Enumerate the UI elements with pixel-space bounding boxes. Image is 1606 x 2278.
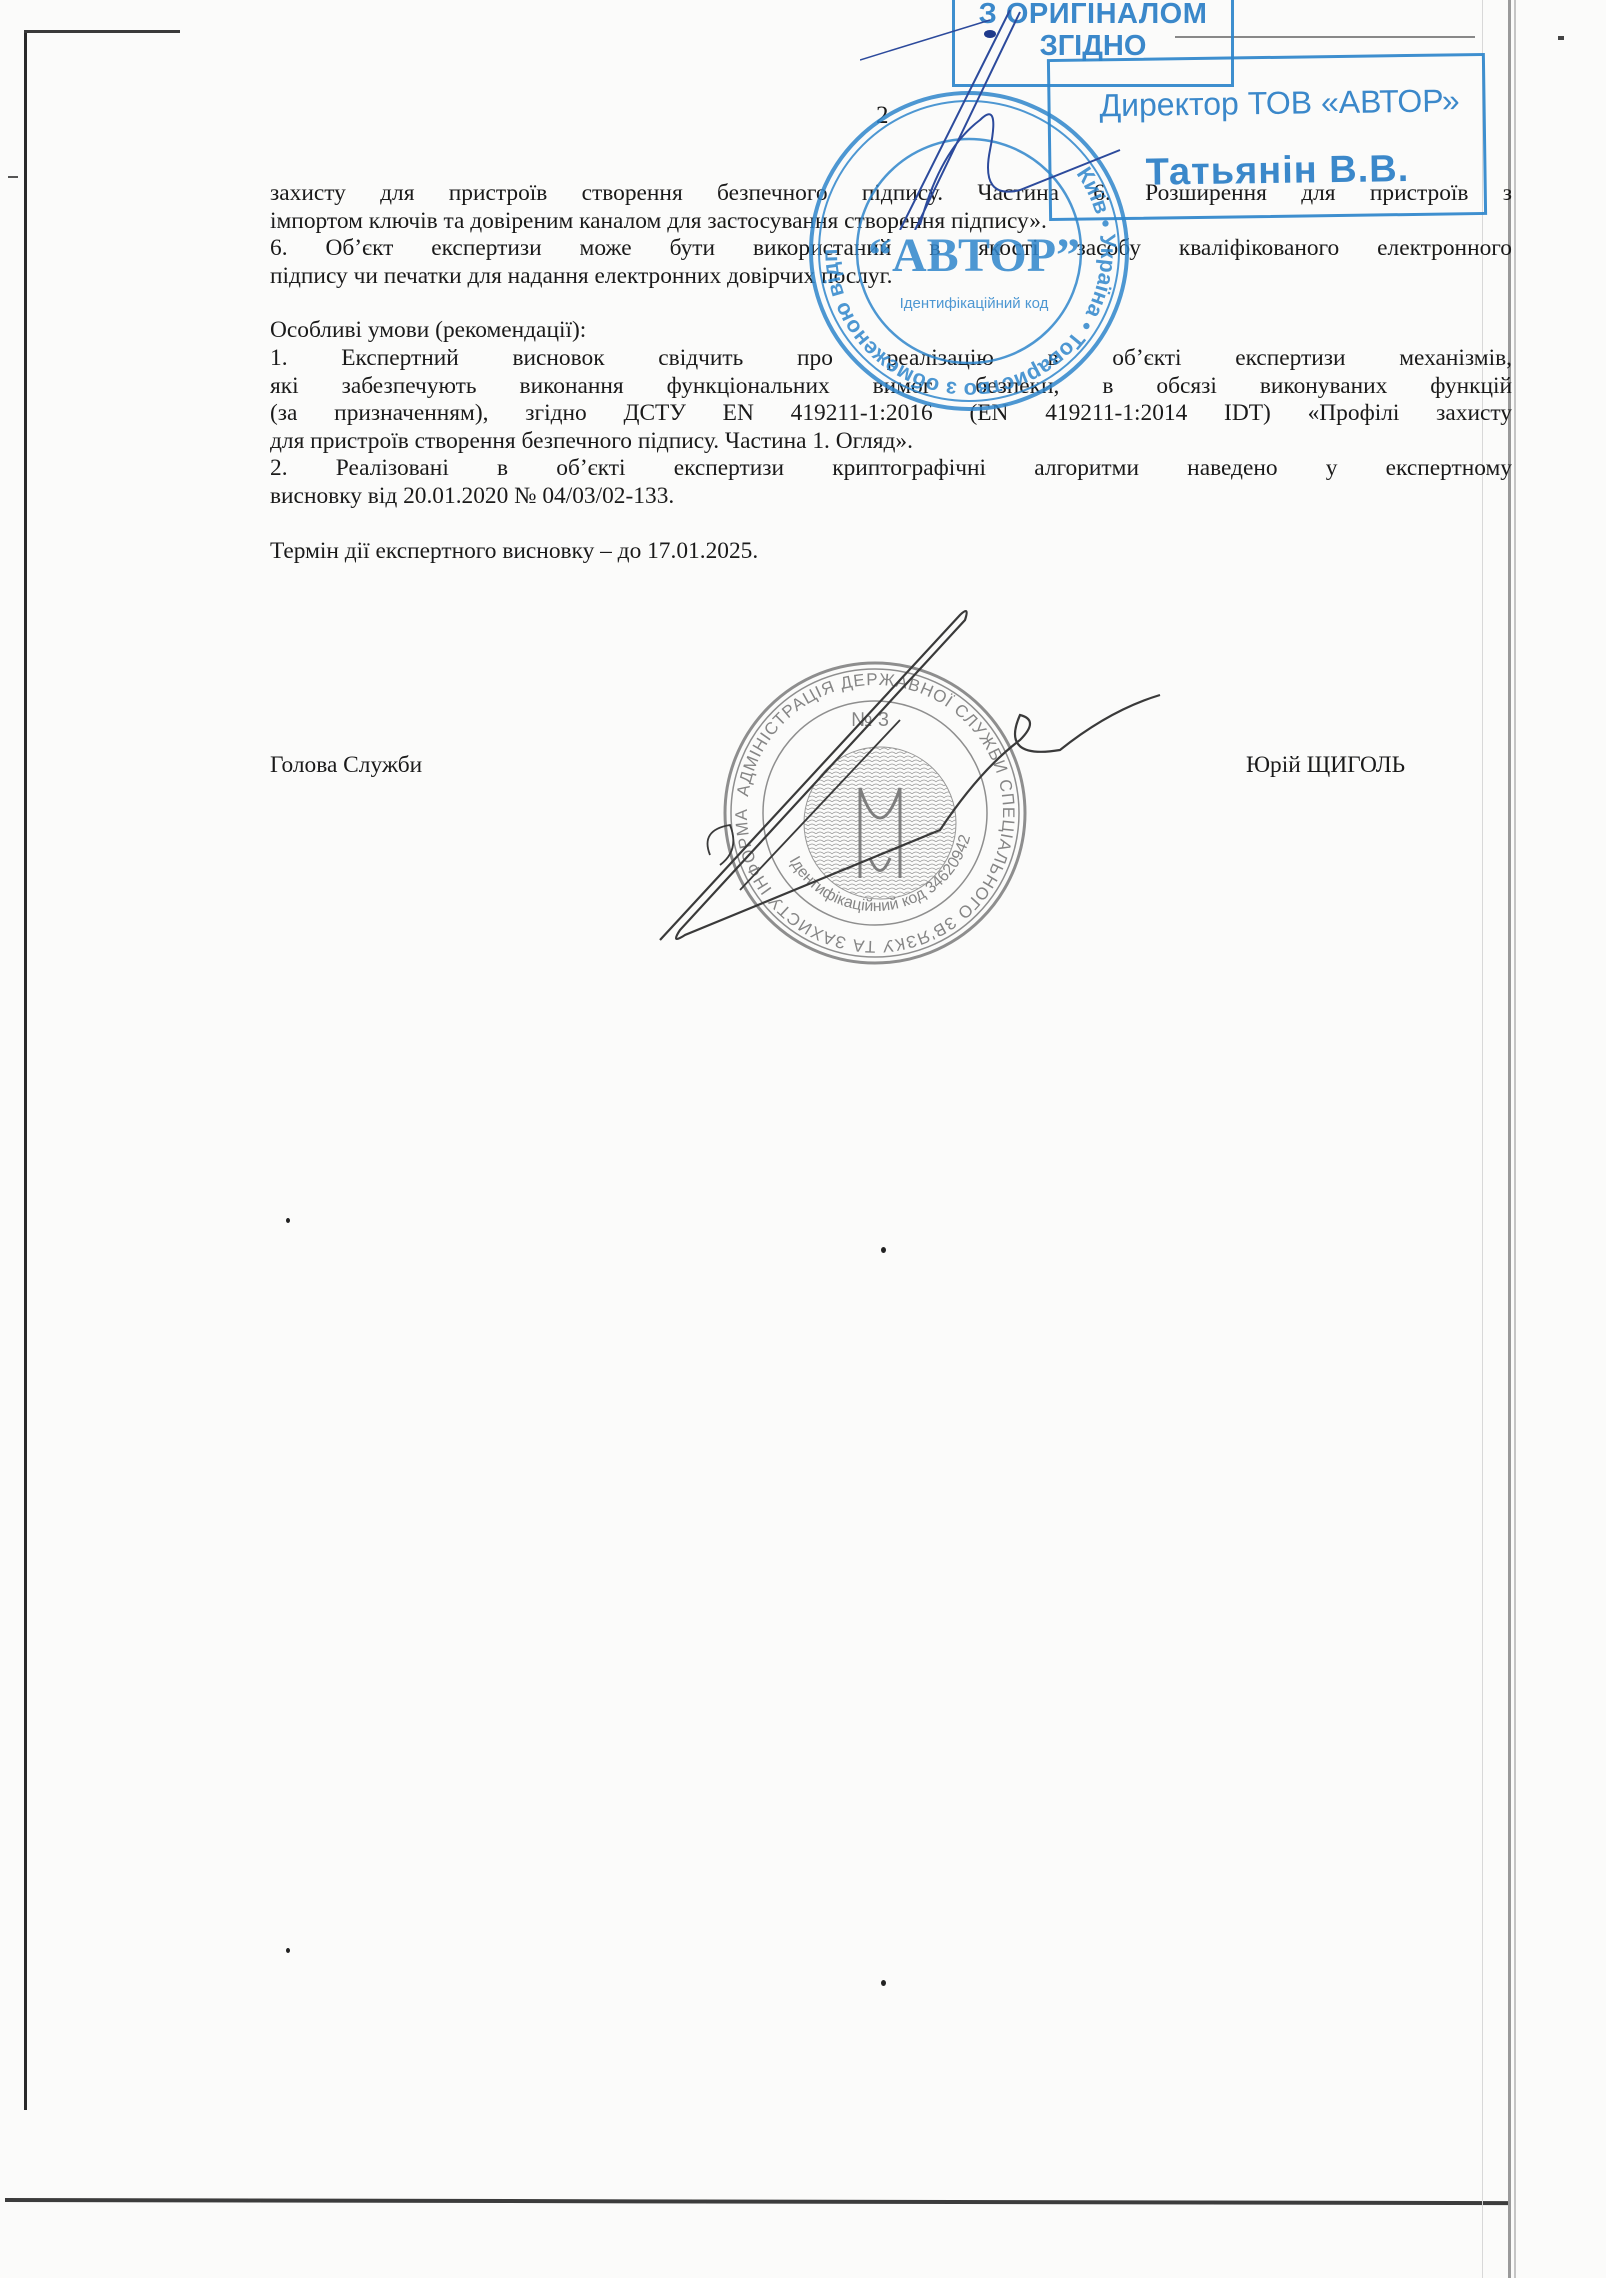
paragraph-line: для пристроїв створення безпечного підпи… bbox=[270, 428, 1512, 456]
page-border-bottom bbox=[5, 2198, 1508, 2205]
signatory-name: Юрій ЩИГОЛЬ bbox=[1246, 752, 1405, 779]
page-border-left bbox=[24, 30, 27, 2110]
svg-text:“АВТОР”: “АВТОР” bbox=[868, 229, 1080, 282]
scan-speck bbox=[881, 1247, 886, 1253]
signature-head bbox=[640, 600, 1200, 980]
scan-mark bbox=[8, 176, 18, 178]
scan-edge-line bbox=[1514, 0, 1516, 2278]
paragraph-line: 2. Реалізовані в об’єкті експертизи крип… bbox=[270, 455, 1512, 483]
svg-text:Ідентифікаційний код: Ідентифікаційний код bbox=[900, 295, 1049, 312]
scan-speck bbox=[286, 1218, 290, 1223]
signature-director bbox=[860, 0, 1140, 230]
signatory-position: Голова Служби bbox=[270, 752, 422, 779]
page-border-top bbox=[24, 30, 180, 33]
scan-speck bbox=[881, 1980, 886, 1986]
validity-term: Термін дії експертного висновку – до 17.… bbox=[270, 538, 1512, 566]
paragraph-line: висновку від 20.01.2020 № 04/03/02-133. bbox=[270, 483, 1512, 511]
scan-mark bbox=[1558, 36, 1564, 40]
scan-speck bbox=[286, 1948, 290, 1953]
